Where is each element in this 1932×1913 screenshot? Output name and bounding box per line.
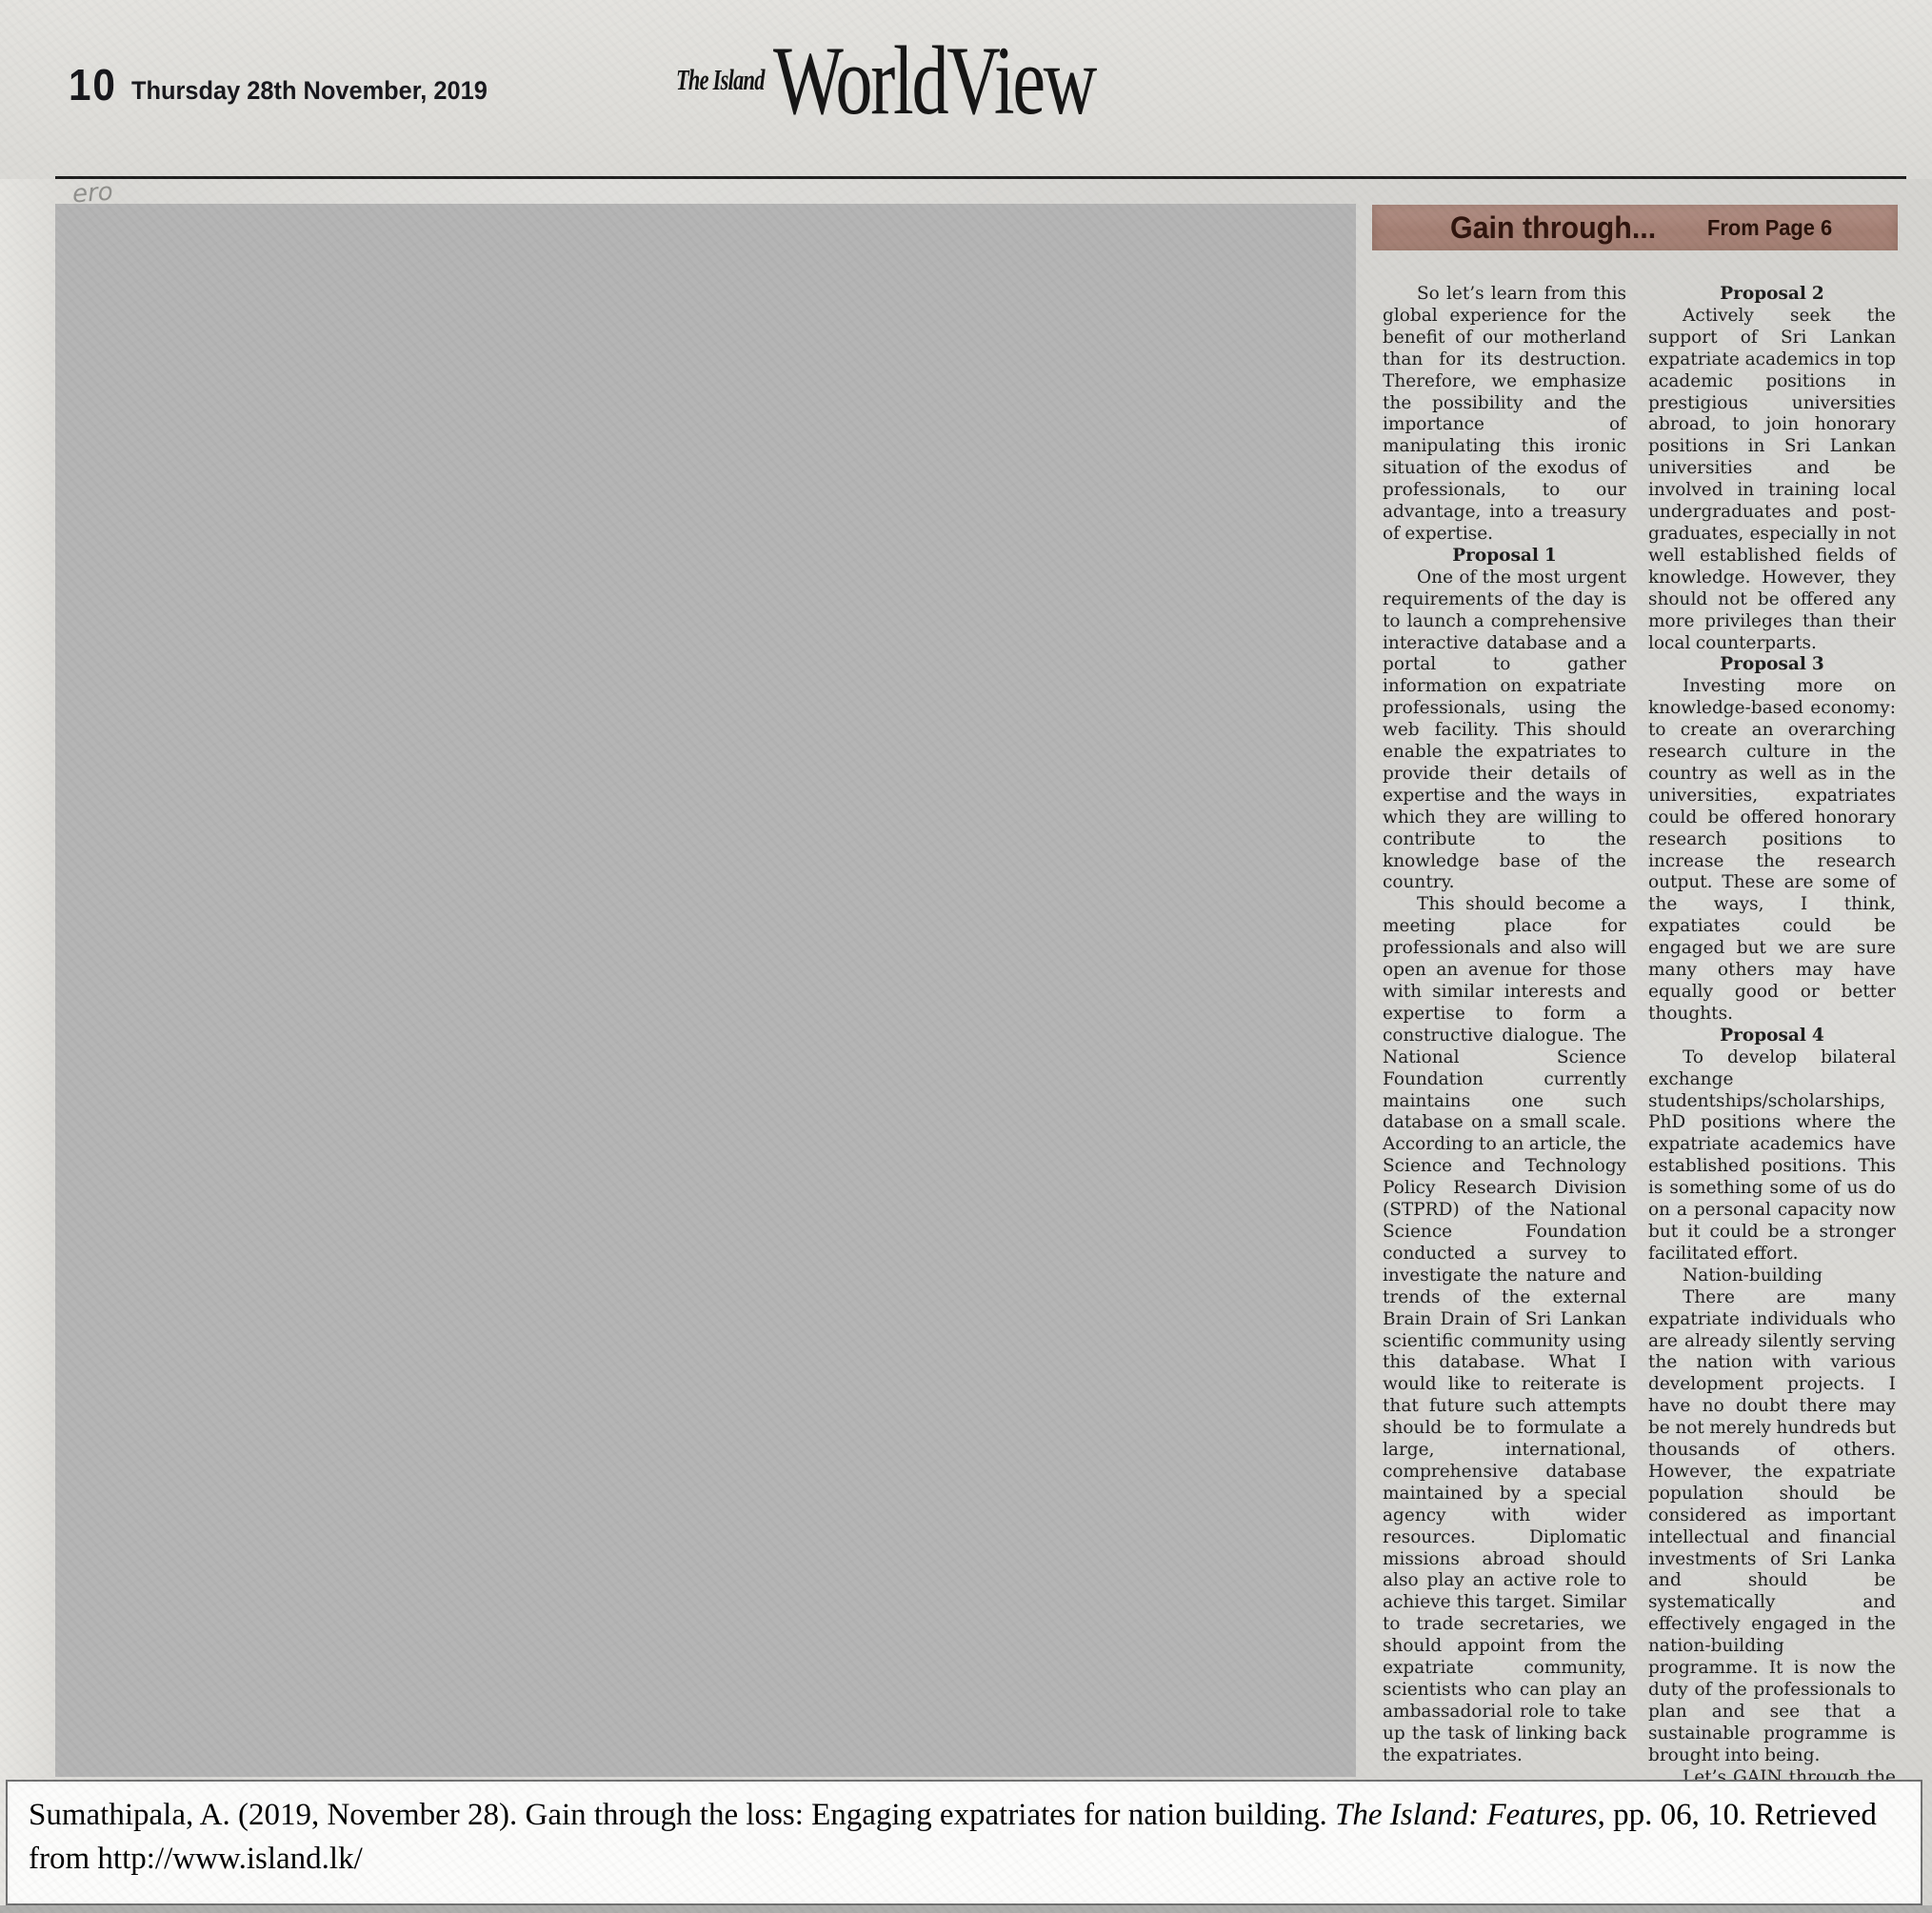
issue-date: Thursday 28th November, 2019 [131,76,488,106]
header-rule [55,176,1906,179]
article-continuation-header: Gain through... From Page 6 [1372,205,1898,250]
masthead-prefix: The Island [676,63,765,97]
article-paragraph: There are many expatriate individuals wh… [1648,1287,1896,1767]
proposal-2-heading: Proposal 2 [1648,284,1896,306]
article-paragraph: To develop bilateral exchange studentshi… [1648,1047,1896,1265]
article-paragraph: So let’s learn from this global experien… [1383,284,1626,546]
nation-building-subheading: Nation-building [1648,1265,1896,1287]
redacted-region [55,204,1356,1777]
masthead-title: WorldView [773,32,1095,130]
newspaper-page: 10 Thursday 28th November, 2019 The Isla… [0,0,1932,1913]
proposal-1-heading: Proposal 1 [1383,546,1626,568]
article-title: Gain through... [1450,210,1656,246]
citation-segment: Sumathipala, A. (2019, November 28). Gai… [29,1798,1335,1832]
citation-text: Sumathipala, A. (2019, November 28). Gai… [29,1793,1902,1881]
article-paragraph: One of the most urgent requirements of t… [1383,568,1626,895]
article-paragraph: This should become a meeting place for p… [1383,894,1626,1766]
article-column-1: So let’s learn from this global experien… [1383,284,1626,1767]
proposal-3-heading: Proposal 3 [1648,654,1896,676]
proposal-4-heading: Proposal 4 [1648,1026,1896,1047]
citation-box: Sumathipala, A. (2019, November 28). Gai… [6,1780,1922,1905]
article-column-2: Proposal 2 Actively seek the support of … [1648,284,1896,1810]
citation-source-italic: The Island: Features [1335,1798,1598,1832]
from-page-label: From Page 6 [1707,215,1832,241]
article-paragraph: Actively seek the support of Sri Lankan … [1648,306,1896,655]
article-paragraph: Investing more on knowledge-based econom… [1648,676,1896,1026]
scan-bottom-edge [0,1905,1932,1913]
page-number: 10 [69,59,117,110]
